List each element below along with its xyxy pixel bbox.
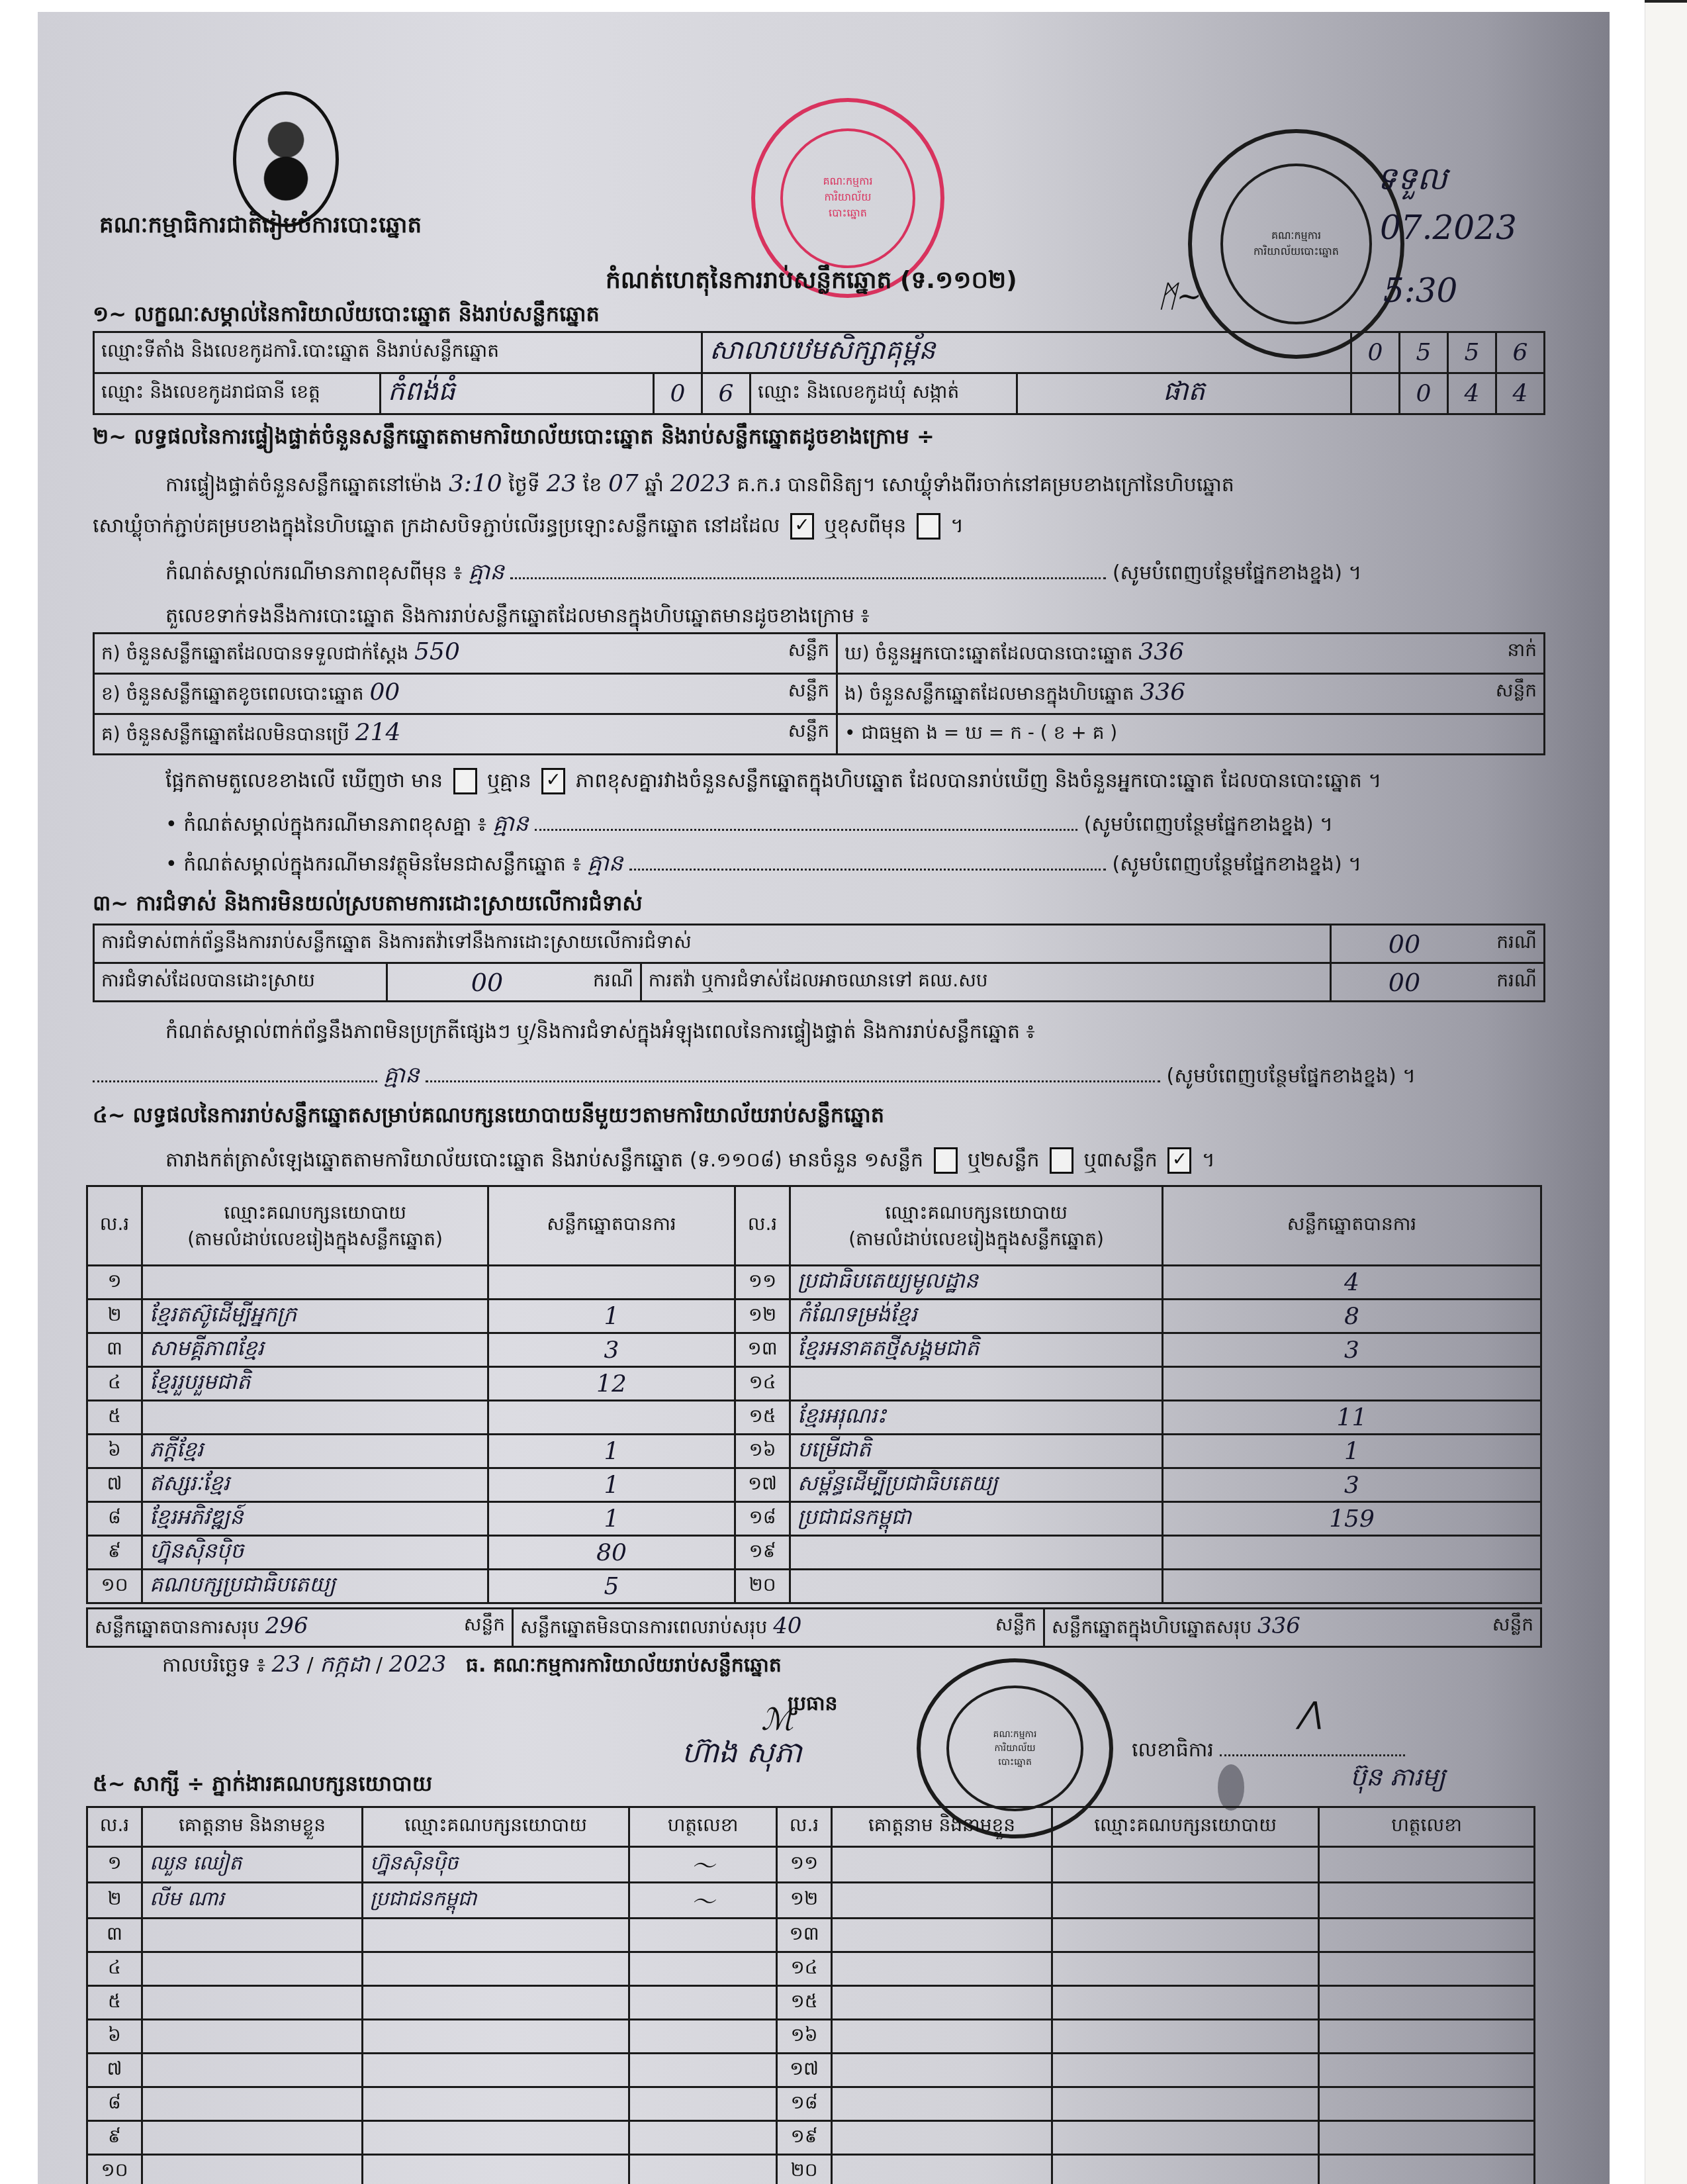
row-number: ១៤ xyxy=(735,1367,790,1401)
table-row: ១០គណបក្សប្រជាធិបតេយ្យ5២០ xyxy=(87,1570,1541,1603)
witness-signature xyxy=(629,2020,777,2054)
row-number: ៦ xyxy=(87,1435,142,1468)
row-number: ១៦ xyxy=(777,2020,832,2054)
seal-text: គណៈកម្មការការិយាល័យបោះឆ្នោត xyxy=(808,174,888,222)
col-name: គោត្តនាម និងនាមខ្លួន xyxy=(142,1807,363,1847)
commune-value: ផាត xyxy=(1017,373,1351,414)
section5-heading: ៥~ សាក្សី ÷ ភ្នាក់ងារគណបក្សនយោបាយ xyxy=(93,1771,432,1796)
witness-signature xyxy=(1319,1952,1535,1986)
row-number: ៧ xyxy=(87,2054,142,2087)
row-number: ១១ xyxy=(777,1847,832,1883)
station-name-value: សាលាបឋមសិក្សាគុម្ព័ន xyxy=(702,332,1238,373)
party-votes: 1 xyxy=(488,1300,735,1333)
section3-note-value: គ្មាន xyxy=(384,1062,420,1088)
count-d-value: 336 xyxy=(1138,638,1184,665)
witness-name: លីម ណារ xyxy=(142,1883,363,1919)
witness-party xyxy=(1052,1883,1319,1919)
section1-heading: ១~ លក្ខណៈសម្គាល់នៃការិយាល័យបោះឆ្នោត និងរ… xyxy=(93,301,600,326)
count-b-label: ខ) ចំនួនសន្លឹកឆ្នោតខូចពេលបោះឆ្នោត xyxy=(101,683,363,704)
station-name-label: ឈ្មោះទីតាំង និងលេខកូដការិ.បោះឆ្នោត និងរា… xyxy=(94,332,702,373)
signature-line xyxy=(1220,1754,1405,1756)
unit-label: សន្លឹក xyxy=(1492,1613,1533,1640)
receiver-signature: ᛗ~ xyxy=(1158,278,1202,314)
witness-party xyxy=(363,2054,629,2087)
table-row: ៦ភក្ដីខ្មែរ1១៦បម្រើជាតិ1 xyxy=(87,1435,1541,1468)
signoff-day: 23 xyxy=(272,1651,300,1678)
witness-signature xyxy=(629,2087,777,2121)
section2-heading: ២~ លទ្ធផលនៃការផ្ទៀងផ្ទាត់ចំនួនសន្លឹកឆ្នោ… xyxy=(93,424,935,449)
row-number: ១៧ xyxy=(777,2054,832,2087)
witness-party: ប្រជាជនកម្ពុជា xyxy=(363,1883,629,1919)
section4-heading: ៤~ លទ្ធផលនៃការរាប់សន្លឹកឆ្នោតសម្រាប់គណបក… xyxy=(93,1102,884,1127)
witness-party xyxy=(1052,1847,1319,1883)
total-valid-value: 296 xyxy=(265,1613,308,1639)
verify-line: ការផ្ទៀងផ្ទាត់ចំនួនសន្លឹកឆ្នោតនៅម៉ោង 3:1… xyxy=(165,471,1234,498)
row-number: ១ xyxy=(87,1266,142,1300)
col-name: គោត្តនាម និងនាមខ្លួន xyxy=(832,1807,1052,1847)
verify-suffix: គ.ក.រ បានពិនិត្យ។ សោឃ្លុំទាំងពីរចាក់នៅគម… xyxy=(737,473,1234,497)
nec-emblem-icon xyxy=(233,91,339,227)
row-number: ៤ xyxy=(87,1367,142,1401)
row-number: ៩ xyxy=(87,1536,142,1570)
match-suffix: ភាពខុសគ្នារវាងចំនួនសន្លឹកឆ្នោតក្នុងហិបឆ្… xyxy=(576,769,1381,792)
row-number: ៤ xyxy=(87,1952,142,1986)
witness-name xyxy=(142,2054,363,2087)
party-name: ភក្ដីខ្មែរ xyxy=(142,1435,488,1468)
commune-code-digit: 4 xyxy=(1448,373,1496,414)
witness-party xyxy=(363,1986,629,2020)
station-code-digit: 6 xyxy=(1496,332,1545,373)
secretary-signature: ⋀ xyxy=(1297,1695,1322,1731)
party-name: ខ្មែរអនាគតថ្មីសង្គមជាតិ xyxy=(790,1333,1163,1367)
match-prefix: ផ្អែកតាមតួលេខខាងលើ ឃើញថា មាន xyxy=(165,769,443,792)
party-votes: 1 xyxy=(1163,1435,1541,1468)
station-code-digit: 0 xyxy=(1351,332,1400,373)
party-votes: 12 xyxy=(488,1367,735,1401)
smudge xyxy=(1218,1764,1244,1811)
col-party-sub: (តាមលំដាប់លេខរៀងក្នុងសន្លឹកឆ្នោត) xyxy=(848,1228,1104,1250)
party-votes: 3 xyxy=(488,1333,735,1367)
row-number: ១៥ xyxy=(777,1986,832,2020)
party-name: សាមគ្គីភាពខ្មែរ xyxy=(142,1333,488,1367)
party-votes: 159 xyxy=(1163,1502,1541,1536)
witness-party xyxy=(1052,2054,1319,2087)
witness-name xyxy=(832,2054,1052,2087)
bullet2-value: គ្មាន xyxy=(587,850,623,877)
secretary-label: លេខាធិការ xyxy=(1132,1738,1214,1762)
note-diff-value: គ្មាន xyxy=(469,559,504,585)
witness-signature xyxy=(1319,1919,1535,1952)
col-party-sub: (តាមលំដាប់លេខរៀងក្នុងសន្លឹកឆ្នោត) xyxy=(187,1228,443,1250)
seal-text: គណៈកម្មការការិយាល័យបោះឆ្នោត xyxy=(1254,228,1340,260)
annex-3-sheet-checkbox[interactable]: ✓ xyxy=(1167,1147,1191,1174)
col-votes: សន្លឹកឆ្នោតបានការ xyxy=(1163,1186,1541,1266)
secretary-name: ប៊ុន ភារម្យ xyxy=(1350,1761,1445,1798)
witness-party xyxy=(363,2121,629,2155)
witness-party xyxy=(1052,1919,1319,1952)
fill-hint: (សូមបំពេញបន្ថែមផ្នែកខាងខ្នង) ។ xyxy=(1113,561,1361,585)
witness-party xyxy=(1052,2121,1319,2155)
witness-signature xyxy=(1319,1883,1535,1919)
party-name: សម្ព័ន្ធដើម្បីប្រជាធិបតេយ្យ xyxy=(790,1468,1163,1502)
table-row: ៤ខ្មែររួបរួមជាតិ12១៤ xyxy=(87,1367,1541,1401)
chair-label: ប្រធាន xyxy=(788,1691,838,1717)
witness-name xyxy=(832,2121,1052,2155)
received-label: ទទួល xyxy=(1377,159,1447,205)
witness-signature: 〜 xyxy=(629,1847,777,1883)
verify-month: 07 xyxy=(608,470,639,497)
match-line: ផ្អែកតាមតួលេខខាងលើ ឃើញថា មាន ឬគ្មាន ✓ ភា… xyxy=(165,768,1381,794)
witness-signature xyxy=(1319,2054,1535,2087)
witness-name xyxy=(832,1919,1052,1952)
row-number: ១៧ xyxy=(735,1468,790,1502)
annex-opt2-label: ឬ២សន្លឹក xyxy=(968,1149,1039,1172)
station-code-digit: 5 xyxy=(1448,332,1496,373)
witness-party xyxy=(363,2087,629,2121)
party-name xyxy=(790,1367,1163,1401)
witness-name xyxy=(142,2155,363,2184)
seal-diff-checkbox[interactable] xyxy=(917,513,940,540)
table-row: ៦១៦ xyxy=(87,2020,1535,2054)
bullet1-line: • កំណត់សម្គាល់ក្នុងករណីមានភាពខុសគ្នា ៖ គ… xyxy=(165,811,1545,837)
received-time: 5:30 xyxy=(1383,271,1457,310)
section3-heading: ៣~ ការជំទាស់ និងការមិនយល់ស្របតាមការដោះស្… xyxy=(93,890,643,916)
annex-text: តារាងកត់ត្រាសំឡេងឆ្នោតតាមការិយាល័យបោះឆ្ន… xyxy=(165,1149,923,1172)
party-name: ខ្មែរអភិវឌ្ឍន៍ xyxy=(142,1502,488,1536)
table-row: ៩១៩ xyxy=(87,2121,1535,2155)
witness-signature xyxy=(629,1986,777,2020)
annex-line: តារាងកត់ត្រាសំឡេងឆ្នោតតាមការិយាល័យបោះឆ្ន… xyxy=(165,1147,1215,1174)
row-number: ១៨ xyxy=(777,2087,832,2121)
witness-signature xyxy=(1319,2087,1535,2121)
witness-signature xyxy=(1319,2020,1535,2054)
note-diff-line: កំណត់សម្គាល់ករណីមានភាពខុសពីមុន ៖ គ្មាន (… xyxy=(165,559,1545,586)
col-no: ល.រ xyxy=(777,1807,832,1847)
row-number: ២០ xyxy=(735,1570,790,1603)
row-number: ១៣ xyxy=(735,1333,790,1367)
row-number: ៥ xyxy=(87,1986,142,2020)
match-has-checkbox[interactable] xyxy=(453,768,477,794)
dotted-fill-line xyxy=(629,869,1106,871)
signoff-date-line: កាលបរិច្ឆេទ ៖ 23 / កក្កដា / 2023 ធ. គណៈក… xyxy=(162,1652,782,1678)
unit-label: ករណី xyxy=(1477,925,1545,963)
witness-party: ហ្វ៊ុនស៊ិនប៉ិច xyxy=(363,1847,629,1883)
party-votes: 3 xyxy=(1163,1468,1541,1502)
row-number: ៥ xyxy=(87,1401,142,1435)
total-box-label: សន្លឹកឆ្នោតក្នុងហិបឆ្នោតសរុប xyxy=(1052,1616,1252,1638)
bullet1-value: គ្មាន xyxy=(493,810,529,837)
witness-party xyxy=(363,2020,629,2054)
province-code-digit: 0 xyxy=(654,373,702,414)
witness-signature xyxy=(629,1919,777,1952)
col-sign: ហត្ថលេខា xyxy=(1319,1807,1535,1847)
table-row: ១ឈួន ឈៀតហ្វ៊ុនស៊ិនប៉ិច〜១១ xyxy=(87,1847,1535,1883)
committee-label: ធ. គណៈកម្មការការិយាល័យរាប់សន្លឹកឆ្នោត xyxy=(466,1654,782,1677)
col-party-title: ឈ្មោះគណបក្សនយោបាយ xyxy=(885,1202,1068,1223)
total-invalid-label: សន្លឹកឆ្នោតមិនបានការពេលរាប់សរុប xyxy=(520,1616,767,1638)
witness-party xyxy=(363,2155,629,2184)
table-row: ២លីម ណារប្រជាជនកម្ពុជា〜១២ xyxy=(87,1883,1535,1919)
table-row: ៨១៨ xyxy=(87,2087,1535,2121)
row-number: ១៦ xyxy=(735,1435,790,1468)
table-row: ៧ឥស្សរៈខ្មែរ1១៧សម្ព័ន្ធដើម្បីប្រជាធិបតេយ… xyxy=(87,1468,1541,1502)
party-name xyxy=(790,1570,1163,1603)
party-votes xyxy=(488,1266,735,1300)
witness-signature xyxy=(1319,2121,1535,2155)
party-votes xyxy=(1163,1536,1541,1570)
unit-label: ករណី xyxy=(586,963,641,1002)
province-label: ឈ្មោះ និងលេខកូដរាជធានី ខេត្ត xyxy=(94,373,381,414)
bullet2-label: • កំណត់សម្គាល់ក្នុងករណីមានវត្ថុមិនមែនជាស… xyxy=(165,853,581,876)
witness-party xyxy=(1052,2087,1319,2121)
witness-name xyxy=(832,2155,1052,2184)
row-number: ៨ xyxy=(87,2087,142,2121)
row-number: ៣ xyxy=(87,1919,142,1952)
total-valid-label: សន្លឹកឆ្នោតបានការសរុប xyxy=(95,1616,259,1638)
verify-prefix: ការផ្ទៀងផ្ទាត់ចំនួនសន្លឹកឆ្នោតនៅម៉ោង xyxy=(165,473,442,497)
witness-name xyxy=(832,2087,1052,2121)
row-number: ២០ xyxy=(777,2155,832,2184)
party-name: គណបក្សប្រជាធិបតេយ្យ xyxy=(142,1570,488,1603)
chair-name: ហ៊ាង សុភា xyxy=(682,1734,802,1777)
commune-code-digit: 4 xyxy=(1496,373,1545,414)
witness-signature xyxy=(629,2054,777,2087)
witness-name xyxy=(832,2020,1052,2054)
col-no: ល.រ xyxy=(87,1186,142,1266)
row-number: ១ xyxy=(87,1847,142,1883)
table-row: ៣១៣ xyxy=(87,1919,1535,1952)
objections-table: ការជំទាស់ពាក់ព័ន្ធនឹងការរាប់សន្លឹកឆ្នោត … xyxy=(93,924,1545,1002)
witness-party xyxy=(1052,2155,1319,2184)
match-none-checkbox[interactable]: ✓ xyxy=(541,768,565,794)
seal-text: គណៈកម្មការការិយាល័យបោះឆ្នោត xyxy=(979,1728,1052,1770)
witness-name xyxy=(142,2020,363,2054)
col-party: ឈ្មោះគណបក្សនយោបាយ(តាមលំដាប់លេខរៀងក្នុងសន… xyxy=(790,1186,1163,1266)
unit-label: ករណី xyxy=(1477,963,1545,1002)
unit-label: សន្លឹក xyxy=(464,1613,505,1640)
verify-month-label: ខែ xyxy=(583,473,602,497)
count-e-value: 336 xyxy=(1140,679,1185,706)
dotted-fill-line xyxy=(93,1080,377,1082)
party-name: ឥស្សរៈខ្មែរ xyxy=(142,1468,488,1502)
note-diff-label: កំណត់សម្គាល់ករណីមានភាពខុសពីមុន ៖ xyxy=(165,561,462,585)
row-number: ១៨ xyxy=(735,1502,790,1536)
party-name: ខ្មែររួបរួមជាតិ xyxy=(142,1367,488,1401)
escalated-value: 00 xyxy=(1331,963,1478,1002)
party-name: ហ្វ៊ុនស៊ិនប៉ិច xyxy=(142,1536,488,1570)
party-name xyxy=(790,1536,1163,1570)
witness-name xyxy=(142,1986,363,2020)
ballot-counts-table: ក) ចំនួនសន្លឹកឆ្នោតដែលបានទទួលជាក់ស្តែង 5… xyxy=(93,632,1545,755)
org-name: គណៈកម្មាធិការជាតិរៀបចំការបោះឆ្នោត xyxy=(99,211,422,244)
party-name: ប្រជាធិបតេយ្យមូលដ្ឋាន xyxy=(790,1266,1163,1300)
row-number: ១៣ xyxy=(777,1919,832,1952)
count-b-unit: សន្លឹក xyxy=(788,679,829,706)
chair-signature: ℳ xyxy=(761,1701,794,1737)
table-row: ៥១៥ xyxy=(87,1986,1535,2020)
match-none-label: ឬគ្មាន xyxy=(487,769,531,792)
resolved-value: 00 xyxy=(387,963,587,1002)
party-votes: 8 xyxy=(1163,1300,1541,1333)
row-number: ១៤ xyxy=(777,1952,832,1986)
witness-table: ល.រ គោត្តនាម និងនាមខ្លួន ឈ្មោះគណបក្សនយោប… xyxy=(86,1806,1535,2184)
party-name xyxy=(142,1401,488,1435)
party-votes: 1 xyxy=(488,1502,735,1536)
received-date: 07.2023 xyxy=(1380,209,1517,247)
count-d-unit: នាក់ xyxy=(1508,638,1537,665)
black-received-seal-icon: គណៈកម្មការការិយាល័យបោះឆ្នោត xyxy=(1188,129,1404,359)
witness-name xyxy=(832,1883,1052,1919)
table-row: ១១១ប្រជាធិបតេយ្យមូលដ្ឋាន4 xyxy=(87,1266,1541,1300)
signoff-year: 2023 xyxy=(389,1651,447,1678)
seal-same-checkbox[interactable]: ✓ xyxy=(790,513,814,540)
count-c-label: គ) ចំនួនសន្លឹកឆ្នោតដែលមិនបានប្រើ xyxy=(101,723,349,745)
party-name: ខ្មែរអរុណរះ xyxy=(790,1401,1163,1435)
objections-row1-label: ការជំទាស់ពាក់ព័ន្ធនឹងការរាប់សន្លឹកឆ្នោត … xyxy=(94,925,1331,963)
party-votes: 5 xyxy=(488,1570,735,1603)
party-name: កំណែទម្រង់ខ្មែរ xyxy=(790,1300,1163,1333)
scanner-margin xyxy=(1645,0,1687,2184)
resolved-label: ការជំទាស់ដែលបានដោះស្រាយ xyxy=(94,963,387,1002)
polling-station-id-table: ឈ្មោះទីតាំង និងលេខកូដការិ.បោះឆ្នោត និងរា… xyxy=(93,331,1545,415)
seal-status-line: សោឃ្លុំចាក់ភ្ជាប់គម្របខាងក្នុងនៃហិបឆ្នោត… xyxy=(93,513,964,540)
witness-name xyxy=(832,1986,1052,2020)
witness-party xyxy=(363,1952,629,1986)
witness-signature xyxy=(629,2155,777,2184)
annex-opt3-label: ឬ៣សន្លឹក xyxy=(1084,1149,1158,1172)
witness-signature: 〜 xyxy=(629,1883,777,1919)
witness-signature xyxy=(1319,2155,1535,2184)
witness-name: ឈួន ឈៀត xyxy=(142,1847,363,1883)
witness-party xyxy=(1052,1952,1319,1986)
secretary-line: លេខាធិការ xyxy=(1132,1738,1405,1763)
seal-diff-label: ឬខុសពីមុន xyxy=(824,514,906,538)
witness-party xyxy=(1052,1986,1319,2020)
total-box-value: 336 xyxy=(1257,1613,1300,1639)
count-formula: • ជាធម្មតា ង = ឃ = ក - ( ខ + គ ) xyxy=(844,722,1117,743)
party-votes xyxy=(488,1401,735,1435)
party-votes: 1 xyxy=(488,1435,735,1468)
row-number: ១២ xyxy=(777,1883,832,1919)
total-invalid-value: 40 xyxy=(773,1613,801,1639)
results-totals-table: សន្លឹកឆ្នោតបានការសរុប 296 សន្លឹក សន្លឹកឆ… xyxy=(86,1607,1542,1648)
row-number: ១៥ xyxy=(735,1401,790,1435)
table-row: ២ខ្មែរតស៊ូដើម្បីអ្នកក្រ1១២កំណែទម្រង់ខ្មែ… xyxy=(87,1300,1541,1333)
witness-signature xyxy=(629,2121,777,2155)
count-a-value: 550 xyxy=(414,638,460,665)
date-prefix: កាលបរិច្ឆេទ ៖ xyxy=(162,1654,265,1677)
verify-year: 2023 xyxy=(670,470,731,497)
verify-year-label: ឆ្នាំ xyxy=(645,473,664,497)
party-votes: 4 xyxy=(1163,1266,1541,1300)
count-c-value: 214 xyxy=(355,719,401,746)
row-number: ៧ xyxy=(87,1468,142,1502)
row-number: ២ xyxy=(87,1300,142,1333)
section3-note-label: កំណត់សម្គាល់ពាក់ព័ន្ធនឹងភាពមិនប្រក្រតីផ្… xyxy=(165,1020,1035,1045)
seal-status-text: សោឃ្លុំចាក់ភ្ជាប់គម្របខាងក្នុងនៃហិបឆ្នោត… xyxy=(93,514,780,538)
party-votes: 1 xyxy=(488,1468,735,1502)
witness-name xyxy=(832,1952,1052,1986)
row-number: ៩ xyxy=(87,2121,142,2155)
section3-note-line: គ្មាន (សូមបំពេញបន្ថែមផ្នែកខាងខ្នង) ។ xyxy=(93,1063,1545,1089)
row-number: ១០ xyxy=(87,1570,142,1603)
row-number: ៦ xyxy=(87,2020,142,2054)
province-value: កំពង់ធំ xyxy=(381,373,654,414)
party-name: ប្រជាជនកម្ពុជា xyxy=(790,1502,1163,1536)
table-row: ៧១៧ xyxy=(87,2054,1535,2087)
col-party: ឈ្មោះគណបក្សនយោបាយ(តាមលំដាប់លេខរៀងក្នុងសន… xyxy=(142,1186,488,1266)
party-votes: 80 xyxy=(488,1536,735,1570)
col-party: ឈ្មោះគណបក្សនយោបាយ xyxy=(363,1807,629,1847)
row-number: ៨ xyxy=(87,1502,142,1536)
commune-code-digit: 0 xyxy=(1400,373,1448,414)
count-b-value: 00 xyxy=(369,679,400,706)
party-votes: 3 xyxy=(1163,1333,1541,1367)
witness-name xyxy=(142,1919,363,1952)
witness-name xyxy=(142,1952,363,1986)
col-party: ឈ្មោះគណបក្សនយោបាយ xyxy=(1052,1807,1319,1847)
party-name xyxy=(142,1266,488,1300)
col-party-title: ឈ្មោះគណបក្សនយោបាយ xyxy=(224,1202,406,1223)
witness-signature xyxy=(1319,1986,1535,2020)
row-number: ៣ xyxy=(87,1333,142,1367)
witness-name xyxy=(142,2121,363,2155)
scanner-edge xyxy=(1645,0,1687,3)
station-code-digit: 5 xyxy=(1400,332,1448,373)
table-row: ១០២០ xyxy=(87,2155,1535,2184)
party-results-table: ល.រ ឈ្មោះគណបក្សនយោបាយ(តាមលំដាប់លេខរៀងក្ន… xyxy=(86,1185,1542,1604)
party-votes xyxy=(1163,1570,1541,1603)
province-code-digit: 6 xyxy=(702,373,751,414)
party-votes: 11 xyxy=(1163,1401,1541,1435)
commune-label: ឈ្មោះ និងលេខកូដឃុំ សង្កាត់ xyxy=(751,373,1017,414)
witness-signature xyxy=(629,1952,777,1986)
verify-time: 3:10 xyxy=(449,470,502,497)
witness-party xyxy=(1052,2020,1319,2054)
col-sign: ហត្ថលេខា xyxy=(629,1807,777,1847)
table-row: ៥១៥ខ្មែរអរុណរះ11 xyxy=(87,1401,1541,1435)
col-no: ល.រ xyxy=(87,1807,142,1847)
dotted-fill-line xyxy=(510,577,1106,579)
objections-row1-value: 00 xyxy=(1331,925,1478,963)
table-row: ៨ខ្មែរអភិវឌ្ឍន៍1១៨ប្រជាជនកម្ពុជា159 xyxy=(87,1502,1541,1536)
escalated-label: ការតវ៉ា ឬការជំទាស់ដែលអាចឈានទៅ គឈ.សប xyxy=(641,963,1330,1002)
dotted-fill-line xyxy=(535,829,1077,831)
table-row: ៣សាមគ្គីភាពខ្មែរ3១៣ខ្មែរអនាគតថ្មីសង្គមជា… xyxy=(87,1333,1541,1367)
annex-2-sheet-checkbox[interactable] xyxy=(1050,1147,1073,1174)
col-votes: សន្លឹកឆ្នោតបានការ xyxy=(488,1186,735,1266)
annex-1-sheet-checkbox[interactable] xyxy=(934,1147,958,1174)
signoff-month: កក្កដា xyxy=(320,1651,370,1678)
row-number: ២ xyxy=(87,1883,142,1919)
fill-hint: (សូមបំពេញបន្ថែមផ្នែកខាងខ្នង) ។ xyxy=(1084,813,1333,836)
fill-hint: (សូមបំពេញបន្ថែមផ្នែកខាងខ្នង) ។ xyxy=(1167,1065,1416,1088)
bullet2-line: • កំណត់សម្គាល់ក្នុងករណីមានវត្ថុមិនមែនជាស… xyxy=(165,851,1545,877)
row-number: ១២ xyxy=(735,1300,790,1333)
verify-day: 23 xyxy=(546,470,576,497)
count-c-unit: សន្លឹក xyxy=(788,719,829,746)
count-e-unit: សន្លឹក xyxy=(1496,679,1537,706)
witness-party xyxy=(363,1919,629,1952)
row-number: ១១ xyxy=(735,1266,790,1300)
count-a-label: ក) ចំនួនសន្លឹកឆ្នោតដែលបានទទួលជាក់ស្តែង xyxy=(101,642,408,664)
party-votes xyxy=(1163,1367,1541,1401)
table-row: ៤១៤ xyxy=(87,1952,1535,1986)
col-no: ល.រ xyxy=(735,1186,790,1266)
unit-label: សន្លឹក xyxy=(995,1613,1036,1640)
dotted-fill-line xyxy=(426,1080,1160,1082)
count-d-label: ឃ) ចំនួនអ្នកបោះឆ្នោតដែលបានបោះឆ្នោត xyxy=(844,642,1132,664)
